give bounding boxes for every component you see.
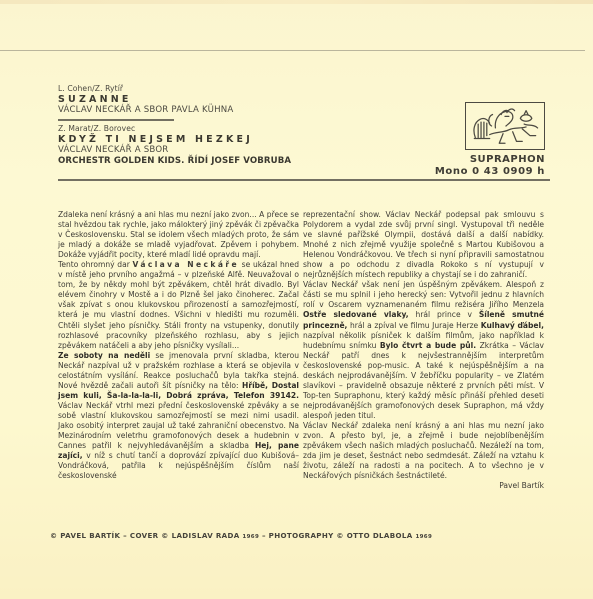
author-signature: Pavel Bartík	[303, 481, 544, 491]
film-title: Bylo čtvrt a bude půl.	[380, 341, 476, 350]
sleeve-top-edge	[0, 0, 593, 4]
song-title-highlight: Ze soboty na neděli	[58, 351, 150, 360]
track1-credits: L. Cohen/Z. Rytíř	[58, 84, 548, 94]
artist-name-highlight: Václava Neckáře	[133, 260, 239, 269]
divider	[58, 119, 174, 121]
fold-line	[0, 50, 585, 51]
paragraph: Tento ohromný dar Václava Neckáře se uká…	[58, 260, 299, 350]
paragraph: Václav Neckář zdaleka není krásný a ani …	[303, 421, 544, 481]
supraphon-logo-icon	[465, 102, 545, 150]
label-brand: SUPRAPHON	[470, 154, 545, 165]
paragraph: reprezentační show. Václav Neckář podeps…	[303, 210, 544, 280]
film-title: Ostře sledované vlaky,	[303, 310, 409, 319]
copyright-credits: © PAVEL BARTÍK – COVER © LADISLAV RADA 1…	[50, 531, 432, 540]
paragraph: Ze soboty na neděli se jmenovala první s…	[58, 351, 299, 482]
header-divider	[58, 179, 550, 181]
liner-notes-right-column: reprezentační show. Václav Neckář podeps…	[303, 210, 544, 491]
paragraph: Zdaleka není krásný a ani hlas mu nezní …	[58, 210, 299, 260]
film-title: Kulhavý ďábel,	[481, 321, 544, 330]
liner-notes-left-column: Zdaleka není krásný a ani hlas mu nezní …	[58, 210, 299, 481]
paragraph: Václav Neckář však není jen úspěšným zpě…	[303, 280, 544, 421]
catalog-number: Mono 0 43 0909 h	[435, 166, 545, 177]
